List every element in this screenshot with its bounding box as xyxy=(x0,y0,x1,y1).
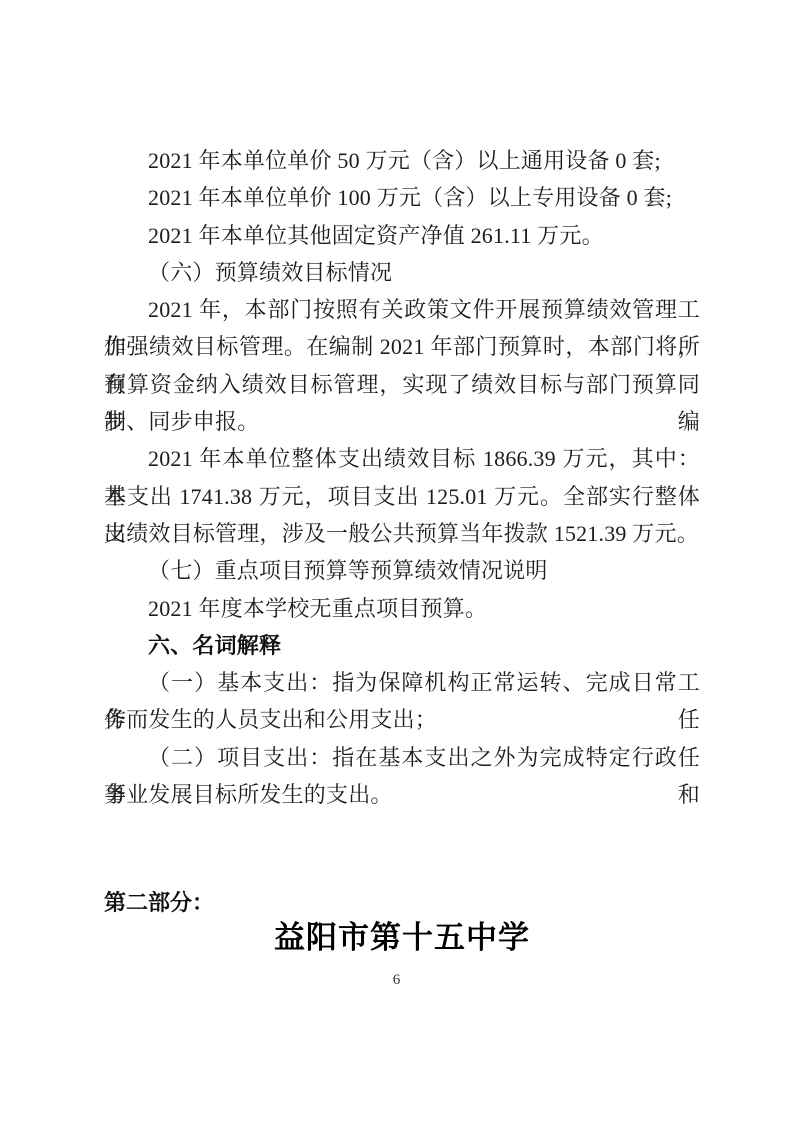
document-line: （七）重点项目预算等预算绩效情况说明 xyxy=(104,552,700,589)
document-line: 出绩效目标管理，涉及一般公共预算当年拨款 1521.39 万元。 xyxy=(104,515,700,552)
document-line: 2021 年，本部门按照有关政策文件开展预算绩效管理工作， xyxy=(104,291,700,328)
document-page: 2021 年本单位单价 50 万元（含）以上通用设备 0 套;2021 年本单位… xyxy=(0,0,793,1122)
section-title: 益阳市第十五中学 xyxy=(104,918,700,958)
document-line: 2021 年本单位其他固定资产净值 261.11 万元。 xyxy=(104,217,700,254)
document-line: 2021 年度本学校无重点项目预算。 xyxy=(104,590,700,627)
section-label: 第二部分： xyxy=(104,886,214,920)
document-line: 2021 年本单位单价 100 万元（含）以上专用设备 0 套; xyxy=(104,179,700,216)
document-line: 六、名词解释 xyxy=(104,627,700,664)
document-line: 本支出 1741.38 万元，项目支出 125.01 万元。全部实行整体支 xyxy=(104,478,700,515)
document-line: （六）预算绩效目标情况 xyxy=(104,254,700,291)
document-line: 加强绩效目标管理。在编制 2021 年部门预算时，本部门将所有 xyxy=(104,328,700,365)
document-line: 2021 年本单位整体支出绩效目标 1866.39 万元，其中：基 xyxy=(104,440,700,477)
document-line: （一）基本支出：指为保障机构正常运转、完成日常工作任 xyxy=(104,664,700,701)
document-body: 2021 年本单位单价 50 万元（含）以上通用设备 0 套;2021 年本单位… xyxy=(104,142,700,813)
document-line: （二）项目支出：指在基本支出之外为完成特定行政任务和 xyxy=(104,739,700,776)
document-line: 预算资金纳入绩效目标管理，实现了绩效目标与部门预算同步编 xyxy=(104,366,700,403)
document-line: 2021 年本单位单价 50 万元（含）以上通用设备 0 套; xyxy=(104,142,700,179)
page-number: 6 xyxy=(0,972,793,989)
